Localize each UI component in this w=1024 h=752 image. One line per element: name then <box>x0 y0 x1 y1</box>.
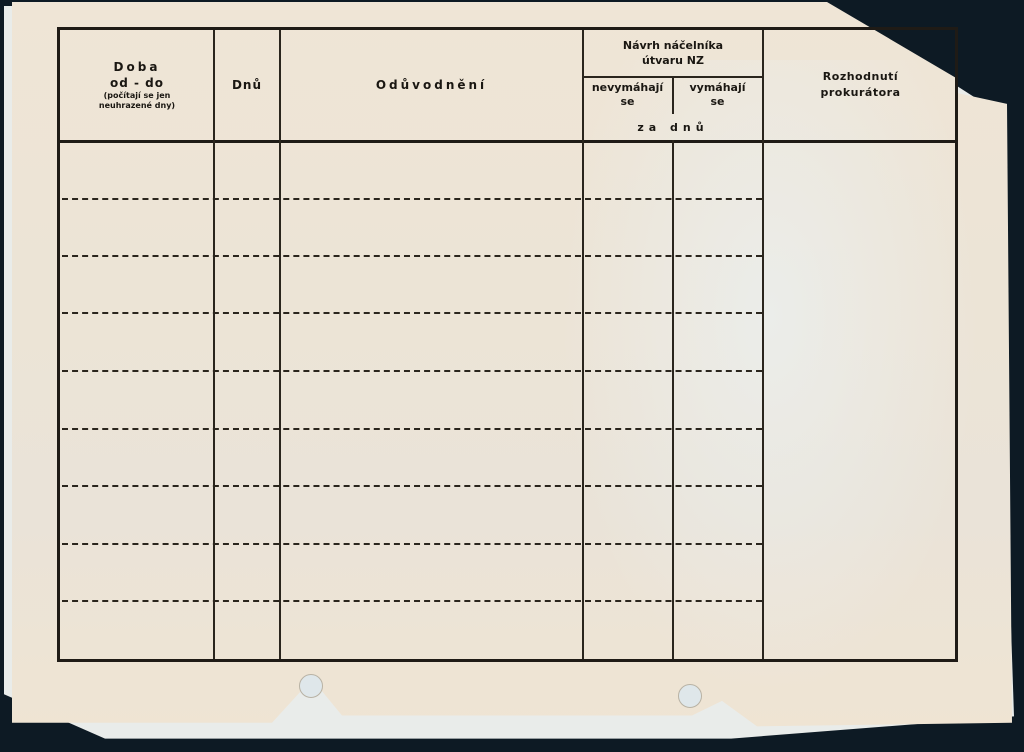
header-nevymahaji: nevymáhají se <box>583 76 672 114</box>
header-rozhodnuti: Rozhodnutí prokurátora <box>763 30 958 140</box>
row-divider-7 <box>62 543 762 545</box>
column-divider-dnu <box>279 30 281 659</box>
column-divider-navrh-sub <box>672 140 674 659</box>
column-divider-oduvodneni <box>582 30 584 659</box>
header-doba-note-1: (počítají se jen <box>104 91 171 101</box>
row-divider-4 <box>62 370 762 372</box>
row-divider-2 <box>62 255 762 257</box>
punch-hole-right <box>678 684 702 708</box>
header-doba-subtitle: od - do <box>110 75 164 91</box>
header-navrh-line1: Návrh náčelníka <box>623 38 723 53</box>
header-vymahaji-line2: se <box>710 95 724 109</box>
row-divider-8 <box>62 600 762 602</box>
header-doba-note-2: neuhrazené dny) <box>99 101 175 111</box>
row-divider-3 <box>62 312 762 314</box>
header-navrh: Návrh náčelníka útvaru NZ <box>583 30 763 78</box>
cell-oduvodneni-row-1[interactable] <box>281 143 581 197</box>
header-vymahaji-line1: vymáhají <box>689 81 745 95</box>
header-dnu-title: Dnů <box>232 77 262 93</box>
column-divider-doba <box>213 30 215 659</box>
cell-nevymahaji-row-1[interactable] <box>584 143 671 197</box>
header-vymahaji: vymáhají se <box>672 76 763 114</box>
punch-hole-left <box>299 674 323 698</box>
cell-dnu-row-1[interactable] <box>215 143 278 197</box>
form-table: Doba od - do (počítají se jen neuhrazené… <box>57 27 958 662</box>
row-divider-1 <box>62 198 762 200</box>
header-nevymahaji-line2: se <box>620 95 634 109</box>
row-divider-6 <box>62 485 762 487</box>
header-oduvodneni: Odůvodnění <box>280 30 583 140</box>
cell-rozhodnuti[interactable] <box>764 143 956 658</box>
header-navrh-line2: útvaru NZ <box>642 53 704 68</box>
header-rozhodnuti-line1: Rozhodnutí <box>823 69 898 85</box>
header-doba-title: Doba <box>114 59 161 75</box>
row-divider-5 <box>62 428 762 430</box>
header-rozhodnuti-line2: prokurátora <box>820 85 900 101</box>
header-dnu: Dnů <box>214 30 280 140</box>
header-doba: Doba od - do (počítají se jen neuhrazené… <box>60 30 214 140</box>
header-za-dnu: za dnů <box>583 114 763 140</box>
cell-vymahaji-row-1[interactable] <box>674 143 761 197</box>
cell-doba-row-1[interactable] <box>62 143 212 197</box>
header-nevymahaji-line1: nevymáhají <box>592 81 663 95</box>
header-oduvodneni-title: Odůvodnění <box>376 78 487 92</box>
